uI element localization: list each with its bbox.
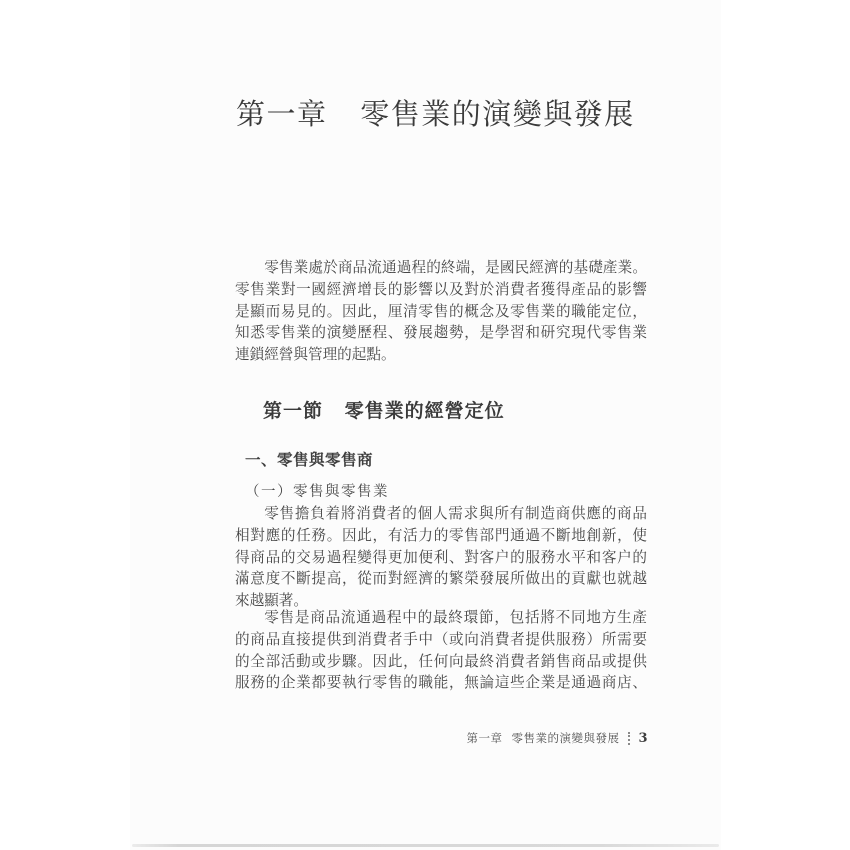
chapter-title-text: 零售業的演變與發展 xyxy=(360,97,635,131)
chapter-number-label: 第一章 xyxy=(236,97,328,131)
subsection-title: 一、零售與零售商 xyxy=(245,448,373,470)
text-line: 得商品的交易過程變得更加便利、對客户的服務水平和客户的 xyxy=(235,547,647,569)
retail-stream-paragraph: 零售是商品流通過程中的最終環節，包括將不同地方生產 的商品直接提供到消費者手中（… xyxy=(235,607,647,694)
page-number: 3 xyxy=(638,731,648,746)
page-bottom-edge xyxy=(132,844,719,847)
section-title: 第一節 零售業的經營定位 xyxy=(263,396,505,423)
text-line: 零售業處於商品流通過程的終端，是國民經濟的基礎產業。 xyxy=(235,257,647,279)
text-line: 是顯而易見的。因此，厘清零售的概念及零售業的職能定位， xyxy=(235,301,647,323)
chapter-title: 第一章 零售業的演變與發展 xyxy=(236,92,635,133)
retail-task-paragraph: 零售擔負着將消費者的個人需求與所有制造商供應的商品 相對應的任務。因此，有活力的… xyxy=(235,503,647,612)
scanned-page-canvas: 第一章 零售業的演變與發展 零售業處於商品流通過程的終端，是國民經濟的基礎產業。… xyxy=(0,0,850,850)
text-line: 的商品直接提供到消費者手中（或向消費者提供服務）所需要 xyxy=(235,629,647,651)
subsubsection-title: （一）零售與零售業 xyxy=(245,480,389,501)
text-line: 相對應的任務。因此，有活力的零售部門通過不斷地創新，使 xyxy=(235,525,647,547)
section-title-text: 零售業的經營定位 xyxy=(345,400,505,422)
text-line: 的全部活動或步驟。因此，任何向最終消費者銷售商品或提供 xyxy=(235,651,647,673)
footer-chapter-label: 第一章 xyxy=(466,730,502,746)
text-line: 知悉零售業的演變歷程、發展趨勢，是學習和研究現代零售業 xyxy=(235,322,647,344)
text-line: 服務的企業都要執行零售的職能，無論這些企業是通過商店、 xyxy=(235,672,647,694)
text-line: 滿意度不斷提高，從而對經濟的繁榮發展所做出的貢獻也就越 xyxy=(235,568,647,590)
intro-paragraph: 零售業處於商品流通過程的終端，是國民經濟的基礎產業。 零售業對一國經濟增長的影響… xyxy=(235,257,647,366)
section-number-label: 第一節 xyxy=(263,400,323,422)
text-line: 零售是商品流通過程中的最終環節，包括將不同地方生產 xyxy=(235,607,647,629)
page-footer: 第一章 零售業的演變與發展 3 xyxy=(235,730,648,746)
text-line: 零售業對一國經濟增長的影響以及對於消費者獲得產品的影響 xyxy=(235,279,647,301)
footer-dotted-divider xyxy=(628,732,630,745)
text-line: 連鎖經營與管理的起點。 xyxy=(235,344,647,366)
text-line: 零售擔負着將消費者的個人需求與所有制造商供應的商品 xyxy=(235,503,647,525)
footer-chapter-title: 零售業的演變與發展 xyxy=(511,730,619,746)
book-page: 第一章 零售業的演變與發展 零售業處於商品流通過程的終端，是國民經濟的基礎產業。… xyxy=(130,0,721,850)
